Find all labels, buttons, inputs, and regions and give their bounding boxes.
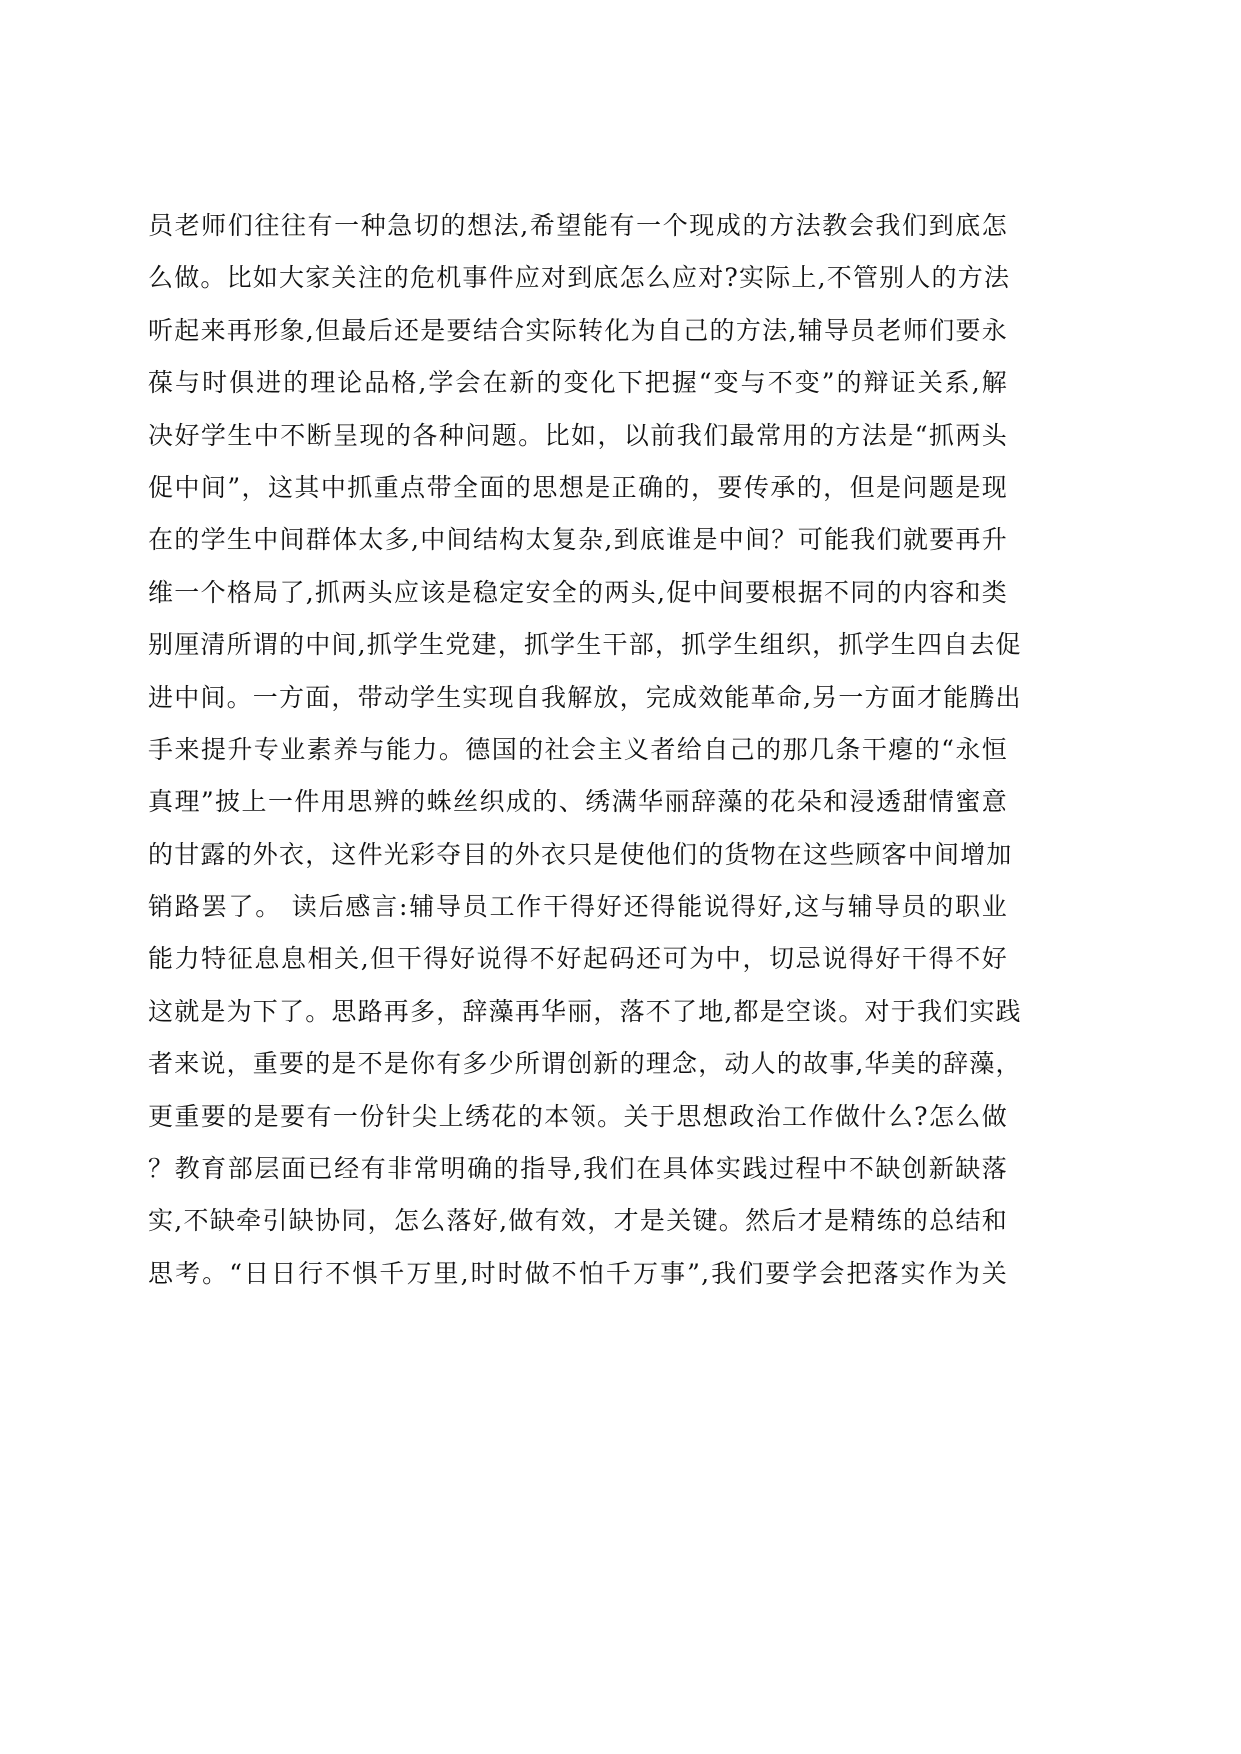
text-line: 么做。比如大家关注的危机事件应对到底怎么应对?实际上,不管别人的方法: [148, 252, 1008, 304]
text-line: ？教育部层面已经有非常明确的指导,我们在具体实践过程中不缺创新缺落: [148, 1143, 1008, 1195]
text-line: 的甘露的外衣，这件光彩夺目的外衣只是使他们的货物在这些顾客中间增加: [148, 829, 1008, 881]
document-page: 员老师们往往有一种急切的想法,希望能有一个现成的方法教会我们到底怎 么做。比如大…: [0, 0, 1241, 1754]
text-line: 实,不缺牵引缺协同，怎么落好,做有效，才是关键。然后才是精练的总结和: [148, 1195, 1008, 1247]
text-line: 思考。“日日行不惧千万里,时时做不怕千万事”,我们要学会把落实作为关: [148, 1248, 1008, 1300]
text-line: 在的学生中间群体太多,中间结构太复杂,到底谁是中间？可能我们就要再升: [148, 514, 1008, 566]
text-line: 能力特征息息相关,但干得好说得不好起码还可为中，切忌说得好干得不好: [148, 933, 1008, 985]
text-line: 别厘清所谓的中间,抓学生党建，抓学生干部，抓学生组织，抓学生四自去促: [148, 619, 1008, 671]
text-line: 员老师们往往有一种急切的想法,希望能有一个现成的方法教会我们到底怎: [148, 200, 1008, 252]
text-line: 决好学生中不断呈现的各种问题。比如，以前我们最常用的方法是“抓两头: [148, 410, 1008, 462]
text-line: 进中间。一方面，带动学生实现自我解放，完成效能革命,另一方面才能腾出: [148, 672, 1008, 724]
text-line: 真理”披上一件用思辨的蛛丝织成的、绣满华丽辞藻的花朵和浸透甜情蜜意: [148, 776, 1008, 828]
text-line: 这就是为下了。思路再多，辞藻再华丽，落不了地,都是空谈。对于我们实践: [148, 986, 1008, 1038]
text-line: 手来提升专业素养与能力。德国的社会主义者给自己的那几条干瘪的“永恒: [148, 724, 1008, 776]
text-line: 葆与时俱进的理论品格,学会在新的变化下把握“变与不变”的辩证关系,解: [148, 357, 1008, 409]
text-line: 销路罢了。 读后感言:辅导员工作干得好还得能说得好,这与辅导员的职业: [148, 881, 1008, 933]
text-line: 更重要的是要有一份针尖上绣花的本领。关于思想政治工作做什么?怎么做: [148, 1091, 1008, 1143]
text-line: 促中间”，这其中抓重点带全面的思想是正确的，要传承的，但是问题是现: [148, 462, 1008, 514]
text-line: 维一个格局了,抓两头应该是稳定安全的两头,促中间要根据不同的内容和类: [148, 567, 1008, 619]
text-line: 者来说，重要的是不是你有多少所谓创新的理念，动人的故事,华美的辞藻，: [148, 1038, 1008, 1090]
text-line: 听起来再形象,但最后还是要结合实际转化为自己的方法,辅导员老师们要永: [148, 305, 1008, 357]
body-text: 员老师们往往有一种急切的想法,希望能有一个现成的方法教会我们到底怎 么做。比如大…: [148, 200, 1008, 1300]
